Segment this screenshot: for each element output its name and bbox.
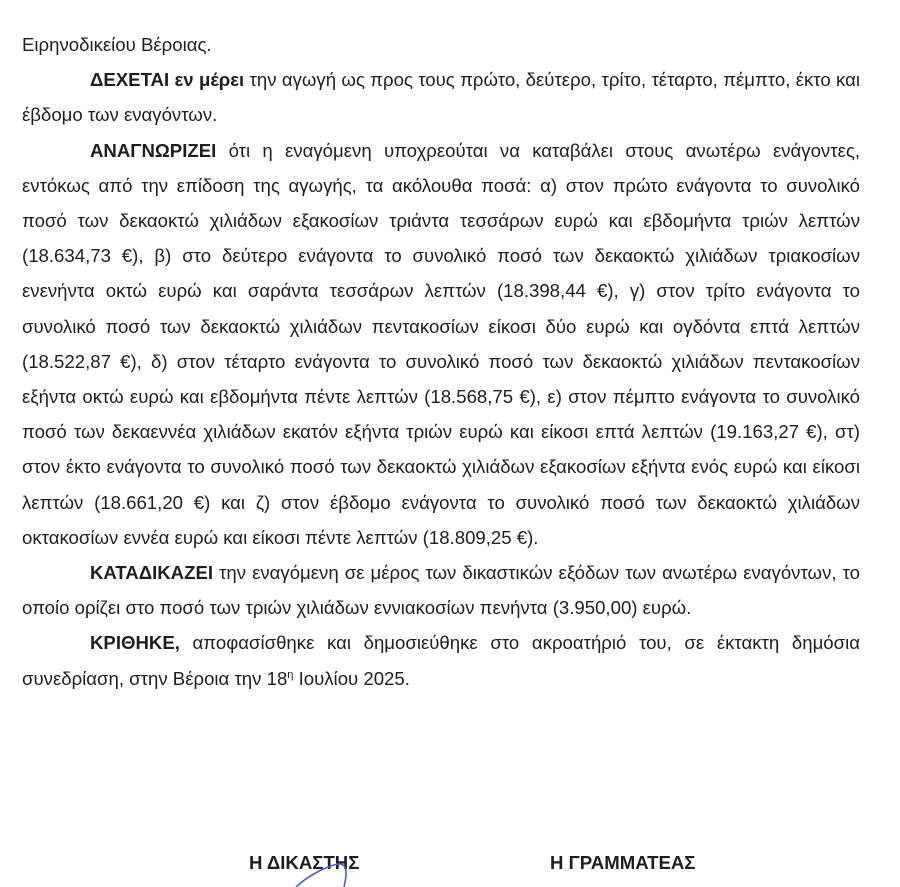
keyword-condemns: ΚΑΤΑΔΙΚΑΖΕΙ [90, 562, 213, 583]
paragraph-condemns: ΚΑΤΑΔΙΚΑΖΕΙ την εναγόμενη σε μέρος των δ… [22, 555, 860, 625]
paragraph-accepts: ΔΕΧΕΤΑΙ εν μέρει την αγωγή ως προς τους … [22, 62, 860, 132]
clerk-signature-label: Η ΓΡΑΜΜΑΤΕΑΣ [550, 852, 695, 874]
intro-line: Ειρηνοδικείου Βέροιας. [22, 27, 860, 62]
signature-block: Η ΔΙΚΑΣΤΗΣ Η ΓΡΑΜΜΑΤΕΑΣ [0, 852, 900, 887]
closing-date-tail: Ιουλίου 2025. [293, 668, 409, 689]
paragraph-recognizes-text: ότι η εναγόμενη υποχρεούται να καταβάλει… [22, 140, 860, 548]
paragraph-recognizes: ΑΝΑΓΝΩΡΙΖΕΙ ότι η εναγόμενη υποχρεούται … [22, 133, 860, 555]
keyword-judged: ΚΡΙΘΗΚΕ, [90, 632, 180, 653]
paragraph-judged: ΚΡΙΘΗΚΕ, αποφασίσθηκε και δημοσιεύθηκε σ… [22, 625, 860, 695]
court-decision-text: Ειρηνοδικείου Βέροιας. ΔΕΧΕΤΑΙ εν μέρει … [22, 27, 860, 696]
keyword-accepts: ΔΕΧΕΤΑΙ εν μέρει [90, 69, 244, 90]
handwritten-signature-icon [290, 860, 380, 887]
keyword-recognizes: ΑΝΑΓΝΩΡΙΖΕΙ [90, 140, 216, 161]
